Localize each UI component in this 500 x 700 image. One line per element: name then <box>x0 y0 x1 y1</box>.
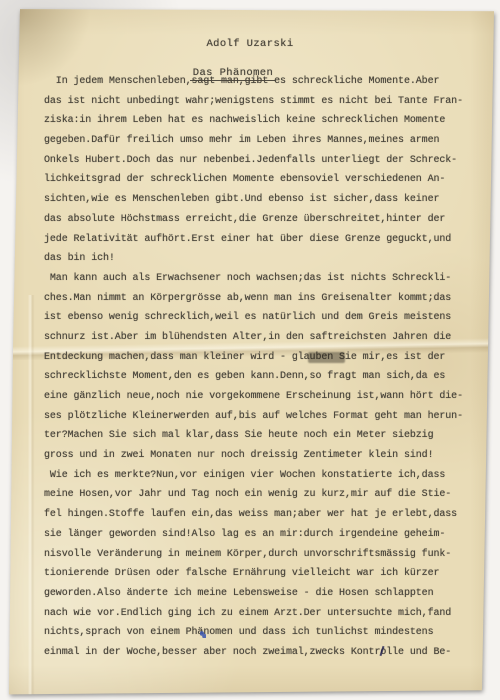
author-name: Adolf Uzarski <box>0 38 500 50</box>
typewritten-line: Wie ich es merkte?Nun,vor einigen vier W… <box>44 466 484 486</box>
typewritten-line: einmal in der Woche,besser aber noch zwe… <box>44 643 484 663</box>
typewritten-line: das ist nicht unbedingt wahr;wenigstens … <box>44 92 484 112</box>
typewritten-line: das absolute Höchstmass erreicht,die Gre… <box>44 210 484 230</box>
typewritten-line: gross und in zwei Monaten nur noch dreis… <box>44 446 484 466</box>
typewritten-line: nichts,sprach von einem Phänomen und das… <box>44 623 484 643</box>
typewritten-text: In jedem Menschenleben,sagt man,gibt es … <box>44 72 484 663</box>
typewritten-line: Entdeckung machen,dass man kleiner wird … <box>44 348 484 368</box>
paper-shadow: Adolf Uzarski Das Phänomen In jedem Mens… <box>0 0 500 700</box>
typewritten-line: meine Hosen,vor Jahr und Tag noch ein we… <box>44 485 484 505</box>
paper-sheet: Adolf Uzarski Das Phänomen In jedem Mens… <box>0 0 500 700</box>
typewritten-line: nisvolle Veränderung in meinem Körper,du… <box>44 545 484 565</box>
typewritten-line: In jedem Menschenleben,sagt man,gibt es … <box>44 72 484 92</box>
typewritten-line: sie länger geworden sind!Also lag es an … <box>44 525 484 545</box>
typewritten-line: ist ebenso wenig schrecklich,weil es nat… <box>44 308 484 328</box>
typewritten-line: das bin ich! <box>44 249 484 269</box>
fold-crease-vertical <box>27 295 35 700</box>
typewritten-line: fel hingen.Stoffe laufen ein,das weiss m… <box>44 505 484 525</box>
typewritten-line: ches.Man nimmt an Körpergrösse ab,wenn m… <box>44 289 484 309</box>
typewritten-line: ziska:in ihrem Leben hat es nachweislich… <box>44 111 484 131</box>
typewritten-line: schrecklichste Moment,den es geben kann.… <box>44 367 484 387</box>
typewritten-line: ses plötzliche Kleinerwerden auf,bis auf… <box>44 407 484 427</box>
typewritten-line: gegeben.Dafür freilich umso mehr im Lebe… <box>44 131 484 151</box>
typewritten-line: tionierende Drüsen oder falsche Ernährun… <box>44 564 484 584</box>
typewritten-line: Man kann auch als Erwachsener noch wachs… <box>44 269 484 289</box>
typewritten-line: jede Relativität aufhört.Erst einer hat … <box>44 230 484 250</box>
typewritten-line: nach wie vor.Endlich ging ich zu einem A… <box>44 604 484 624</box>
typewritten-line: lichkeitsgrad der schrecklichen Momente … <box>44 170 484 190</box>
typewritten-line: eine gänzlich neue,noch nie vorgekommene… <box>44 387 484 407</box>
typewritten-line: ter?Machen Sie sich mal klar,dass Sie he… <box>44 426 484 446</box>
typewritten-line: Onkels Hubert.Doch das nur nebenbei.Jede… <box>44 151 484 171</box>
typewritten-line: geworden.Also änderte ich meine Lebenswe… <box>44 584 484 604</box>
typewritten-line: sichten,wie es Menschenleben gibt.Und eb… <box>44 190 484 210</box>
typewritten-line: schnurz ist.Aber im blühendsten Alter,in… <box>44 328 484 348</box>
scanned-page-photo: Adolf Uzarski Das Phänomen In jedem Mens… <box>0 0 500 700</box>
